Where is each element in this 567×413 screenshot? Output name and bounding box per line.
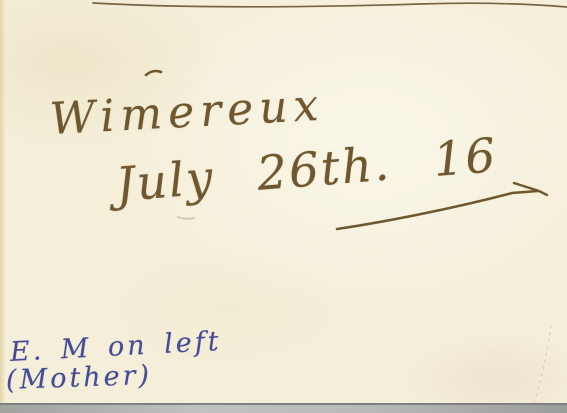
flourish-arrow-barb xyxy=(514,183,547,195)
ink-mark xyxy=(146,71,161,75)
date-handwriting: July 26th. 16 xyxy=(114,128,499,213)
card-left-edge xyxy=(0,0,5,413)
scan-bottom-strip xyxy=(0,403,567,413)
card-top-edge-line xyxy=(93,3,567,7)
date-underline-flourish xyxy=(337,191,538,229)
location-handwriting: Wimereux xyxy=(49,80,326,145)
scanned-photo-back: Wimereux July 26th. 16 E. M on left (Mot… xyxy=(0,0,567,413)
ink-smudge xyxy=(178,217,194,219)
photo-note-line2: (Mother) xyxy=(5,360,152,396)
paper-crease xyxy=(533,325,551,406)
